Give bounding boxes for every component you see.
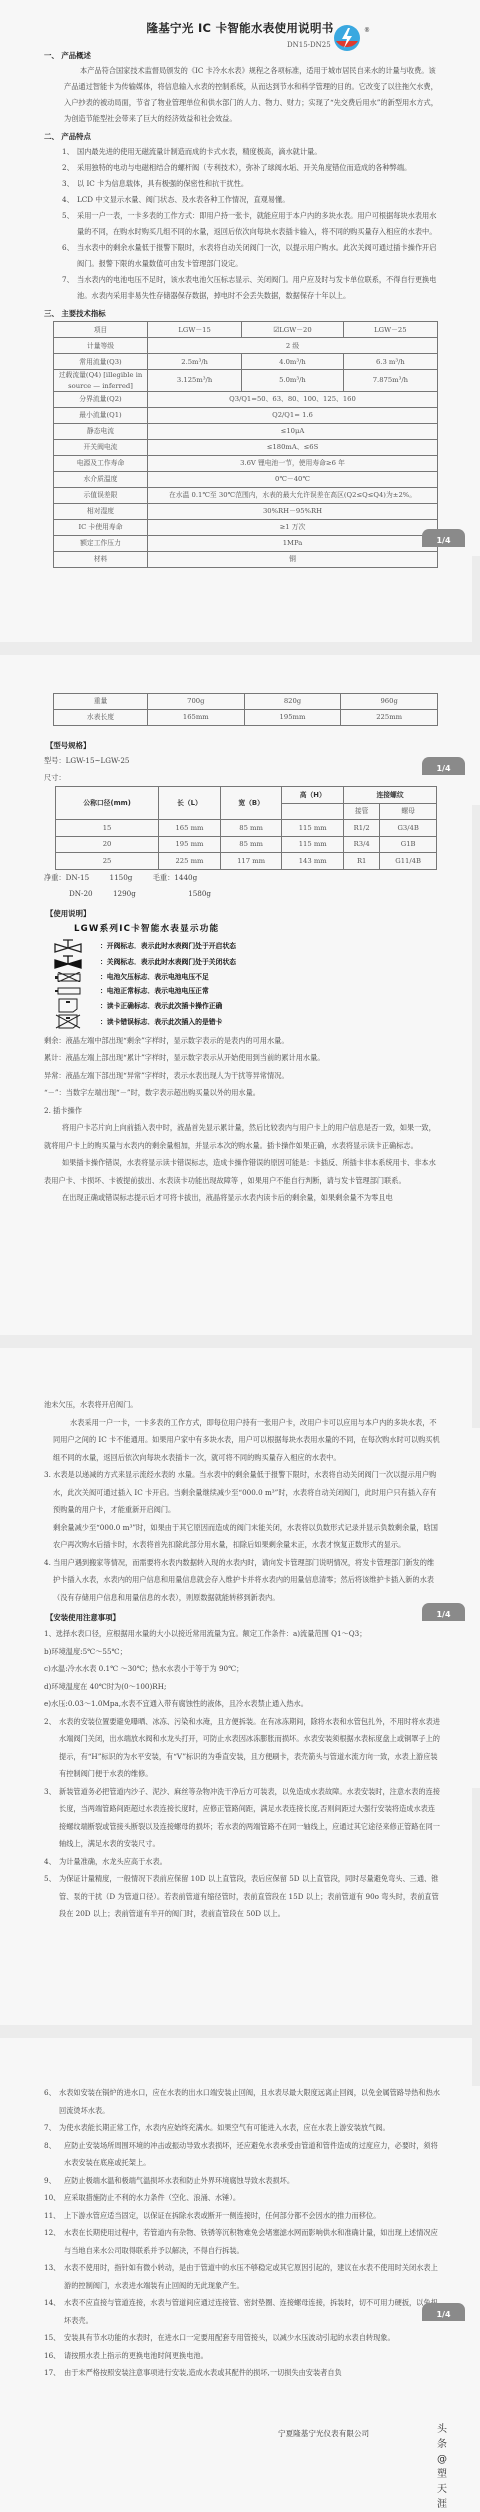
battery-normal-icon (52, 984, 84, 998)
definition-cumulative: 累计：液晶左端上部出现“累计”字样时，显示数字表示从开始使用到当前的累计用水量。 (44, 1049, 440, 1067)
definition-remaining: 剩余：液晶左端中部出现“剩余”字样时，显示数字表示的是表内的可用水量。 (44, 1032, 440, 1050)
legend-item: ：电池欠压标志．表示电池电压不足 (52, 970, 440, 984)
install-list: 2、水表的安装位置要避免曝晒、冰冻、污染和水淹，且方便拆装。在有冰冻期间，除将水… (44, 1713, 440, 1923)
table-row: 水表长度165mm195mm225mm (54, 710, 438, 726)
model-line: 型号：LGW-15~LGW-25 (44, 753, 440, 770)
table-row: 重量700g820g960g (54, 694, 438, 710)
lightning-logo-icon (333, 24, 361, 52)
weights-block: 净重：DN-15 1150g 毛重：1440g DN-20 1290g 1580… (44, 870, 440, 902)
document-header: 隆基宁光 IC 卡智能水表使用说明书 DN15-DN25 ® (0, 0, 480, 46)
spec-table-continued: 重量700g820g960g 水表长度165mm195mm225mm (53, 693, 438, 726)
list-item: 2、水表的安装位置要避免曝晒、冰冻、污染和水淹，且方便拆装。在有冰冻期间，除将水… (44, 1713, 440, 1783)
list-item: 5、采用一户一表，一卡多表的工作方式：即用户持一张卡，就能应用于本户内的多块水表… (62, 208, 440, 240)
usage-heading: 【使用说明】 (46, 908, 440, 919)
card-paragraph-4: 水表采用一户一卡，一卡多表的工作方式，即每位用户持有一张用户卡，改用户卡可以应用… (44, 1414, 440, 1467)
card-paragraph-1: 将用户卡芯片向上向前插入表中时，液晶首先显示累计量，然后比较表内与用户卡上的用户… (44, 1119, 440, 1154)
features-list: 1、国内最先进的使用无磁流量计制造而成的卡式水表，精度极高，滴水就计量。 2、采… (44, 144, 440, 304)
source-watermark: 头条 @塑天涯 (437, 2422, 447, 2512)
valve-closed-icon (52, 955, 84, 969)
lcd-definitions: 剩余：液晶左端中部出现“剩余”字样时，显示数字表示的是表内的可用水量。 累计：液… (44, 1032, 440, 1120)
install-conditions: 1、选择水表口径，应根据用水量的大小以接近常用流量为宜。额定工作条件：a)流量范… (44, 1625, 440, 1713)
list-item: 6、水表如安装在锅炉的进水口，应在水表的出水口端安装止回阀，且水表尽最大限度远离… (44, 2084, 440, 2119)
scrollbar[interactable] (472, 1788, 480, 2025)
list-item: 9、应防止极端水温和极端气温损坏水表和防止外界环境腐蚀导致水表损坏。 (44, 2172, 440, 2190)
table-row: 示值误差限在水温 0.1℃至 30℃范围内，水表的最大允许误差在高区(Q2≤Q≤… (54, 487, 438, 503)
table-row: 额定工作压力1MPa (54, 535, 438, 551)
table-row: 计量等级2 级 (54, 338, 438, 354)
list-item: 4、为计量准确，水龙头应高于水表。 (44, 1853, 440, 1871)
list-item: 1、国内最先进的使用无磁流量计制造而成的卡式水表，精度极高，滴水就计量。 (62, 144, 440, 160)
table-row: 20195 mm85 mm115 mmR3/4G1B (56, 836, 437, 853)
table-row: 电源及工作寿命3.6V 锂电池一节，使用寿命≥6 年 (54, 455, 438, 471)
table-row: 相对湿度30%RH－95%RH (54, 503, 438, 519)
table-row: IC 卡使用寿命≥1 万次 (54, 519, 438, 535)
list-item: 12、水表在长期使用过程中，若管道内有杂物、铁锈等沉积物难免会堵塞滤水网而影响供… (44, 2224, 440, 2259)
list-item: 15、安装具有节水功能的水表时，在进水口一定要用配套专用管接头，以减少水压波动引… (44, 2329, 440, 2347)
list-item: 13、水表不使用时，指针如有微小转动，是由于管道中的水压不够稳定或其它原因引起的… (44, 2259, 440, 2294)
table-header-row: 项目 LGW－15 ☑LGW－20 LGW－25 (54, 322, 438, 338)
company-name: 宁夏隆基宁光仪表有限公司 (278, 2428, 369, 2439)
table-row: 最小流量(Q1)Q2/Q1= 1.6 (54, 407, 438, 423)
legend-item: ：电池正常标志．表示电池电压正常 (52, 984, 440, 998)
document-page-2: 重量700g820g960g 水表长度165mm195mm225mm 【型号规格… (0, 655, 480, 1335)
table-row: 水介质温度0℃－40℃ (54, 471, 438, 487)
table-row: 过载流量(Q4) [illegible in source — inferred… (54, 370, 438, 391)
list-item: 14、水表不应直接与管道连接，水表与管道间应通过连接管、密封垫圈、连接螺母连接，… (44, 2294, 440, 2329)
list-item: 4、LCD 中文显示水量、阀门状态、及水表各种工作情况，直观易懂。 (62, 192, 440, 208)
card-paragraph-2: 如果插卡操作错误，水表将显示读卡错误标志，造成卡操作错误的原因可能是：卡插反、所… (44, 1154, 440, 1189)
usage-item-4: 4. 当用户遇到搬家等情况，而需要将水表内数据转入现的水表内时，请向发卡管理部门… (44, 1554, 440, 1607)
scrollbar[interactable] (472, 556, 480, 642)
document-subtitle: DN15-DN25 (287, 40, 331, 51)
page-indicator-badge[interactable]: 1/4 (422, 529, 465, 547)
page-break (0, 2025, 480, 2038)
section-heading-overview: 一、 产品概述 (44, 50, 440, 61)
list-item: 2、采用独特的电动与电磁相结合的螺杆阀（专利技术），弥补了球阀水垢、开关角度错位… (62, 160, 440, 176)
page-indicator-badge[interactable]: 1/4 (422, 1603, 465, 1621)
page-break (0, 642, 480, 655)
list-item: 10、应采取措施防止不利的水力条件（空化、浪涌、水锤）。 (44, 2189, 440, 2207)
list-item: 3、以 IC 卡为信息载体，具有极强的保密性和抗干扰性。 (62, 176, 440, 192)
model-spec-heading: 【型号规格】 (46, 740, 440, 751)
table-row: 静态电流≤10μA (54, 423, 438, 439)
usage-item-3b: 剩余量减少至“000.0 m³”时，如果由于其它原因而造成的阀门未能关闭，水表将… (44, 1519, 440, 1554)
table-row: 15165 mm85 mm115 mmR1/2G3/4B (56, 820, 437, 837)
list-item: 7、为使水表能长期正常工作，水表内应始终充满水。如果空气有可能进入水表，应在水表… (44, 2119, 440, 2137)
legend-item: ：开阀标志．表示此时水表阀门处于开启状态 (52, 938, 440, 954)
page-indicator-badge[interactable]: 1/4 (422, 757, 465, 775)
document-page-3: 池未欠压，水表将开启阀门。 水表采用一户一卡，一卡多表的工作方式，即每位用户持有… (0, 1348, 480, 2025)
legend-item: ：读卡错误标志．表示此次插入的是错卡 (52, 1014, 440, 1030)
overview-paragraph: 本产品符合国家技术监督局颁发的《IC 卡冷水水表》规程之各项标准，适用于城市居民… (44, 63, 440, 127)
definition-abnormal: 异常：液晶左端下部出现“异常”字样时，表示水表出现人为干扰等异常情况。 (44, 1067, 440, 1085)
table-row: 分界流量(Q2)Q3/Q1=50、63、80、100、125、160 (54, 391, 438, 407)
list-item: 5、为保证计量精度，一般情况下表前应保留 10D 以上直管段，表后应保留 5D … (44, 1870, 440, 1923)
usage-item-3: 3. 水表是以递减的方式来显示流经水表的 水量。当水表中的剩余量低于报警下限时，… (44, 1466, 440, 1519)
card-operation-heading: 2. 插卡操作 (44, 1102, 440, 1120)
section-heading-specs: 三、 主要技术指标 (44, 308, 440, 319)
card-paragraph-3: 在出现正确或错误标志提示后才可将卡拔出，液晶将显示水表内读卡后的剩余量，如果剩余… (44, 1189, 440, 1207)
document-page-1: 隆基宁光 IC 卡智能水表使用说明书 DN15-DN25 ® 一、 产品概述 本… (0, 0, 480, 642)
list-item: 16、请按照水表上指示的更换电池时间更换电池。 (44, 2347, 440, 2365)
legend-item: ：关阀标志．表示此时水表阀门处于关闭状态 (52, 954, 440, 970)
scrollbar[interactable] (472, 805, 480, 1335)
dimensions-table: 公称口径(mm) 长（L） 宽（B） 高（H） 连接螺纹 接管 螺母 15165… (55, 786, 437, 870)
card-error-icon (52, 1015, 84, 1029)
table-row: 常用流量(Q3)2.5m³/h4.0m³/h6.3 m³/h (54, 354, 438, 370)
document-title: 隆基宁光 IC 卡智能水表使用说明书 (0, 20, 480, 37)
definition-minus: “－”：当数字左端出现“－”时，数字表示超出购买量以外的用水量。 (44, 1084, 440, 1102)
list-item: 17、由于未严格按照安装注意事项进行安装,造成水表或其配件的损坏,一切损失由安装… (44, 2364, 440, 2382)
section-heading-features: 二、 产品特点 (44, 131, 440, 142)
registered-mark: ® (364, 26, 370, 35)
table-row: 材料铜 (54, 551, 438, 567)
list-item: 8、应防止安装场所周围环境的冲击或振动导致水表损坏，还应避免水表承受由管道和管件… (44, 2137, 440, 2172)
card-paragraph-3-cont: 池未欠压，水表将开启阀门。 (44, 1396, 440, 1414)
list-item: 3、新装管道务必把管道内沙子、泥沙、麻丝等杂物冲洗干净后方可装表，以免造成水表故… (44, 1783, 440, 1853)
display-functions-title: LGW系列IC卡智能水表显示功能 (74, 923, 440, 936)
battery-low-icon (52, 970, 84, 984)
install-list-continued: 6、水表如安装在锅炉的进水口，应在水表的出水口端安装止回阀，且水表尽最大限度远离… (44, 2084, 440, 2382)
scrollbar[interactable] (472, 2038, 480, 2086)
table-row: 开关阀电流≤180mA、≤6S (54, 439, 438, 455)
document-page-4: 6、水表如安装在锅炉的进水口，应在水表的出水口端安装止回阀，且水表尽最大限度远离… (0, 2038, 480, 2506)
scrollbar[interactable] (472, 1348, 480, 1428)
page-break (0, 1335, 480, 1348)
legend-item: ：读卡正确标志．表示此次插卡操作正确 (52, 998, 440, 1014)
size-label: 尺寸： (44, 770, 440, 787)
card-ok-icon (52, 999, 84, 1013)
document-footer: 宁夏隆基宁光仪表有限公司 头条 @塑天涯 (44, 2382, 440, 2442)
spec-table: 项目 LGW－15 ☑LGW－20 LGW－25 计量等级2 级 常用流量(Q3… (53, 321, 438, 567)
valve-open-icon (52, 939, 84, 953)
list-item: 7、当水表内的电池电压不足时，该水表电池欠压标志显示、关闭阀门。用户应及时与发卡… (62, 272, 440, 304)
install-heading: 【安装使用注意事项】 (46, 1612, 440, 1623)
table-row: 25225 mm117 mm143 mmR1G11/4B (56, 853, 437, 870)
list-item: 6、当水表中的剩余水量低于报警下限时，水表将自动关闭阀门一次，以提示用户购水。此… (62, 240, 440, 272)
page-indicator-badge[interactable]: 1/4 (422, 2303, 465, 2321)
list-item: 11、上下游水管应适当固定，以保证在拆除水表或断开一侧连接时，任何部分都不会因水… (44, 2207, 440, 2225)
